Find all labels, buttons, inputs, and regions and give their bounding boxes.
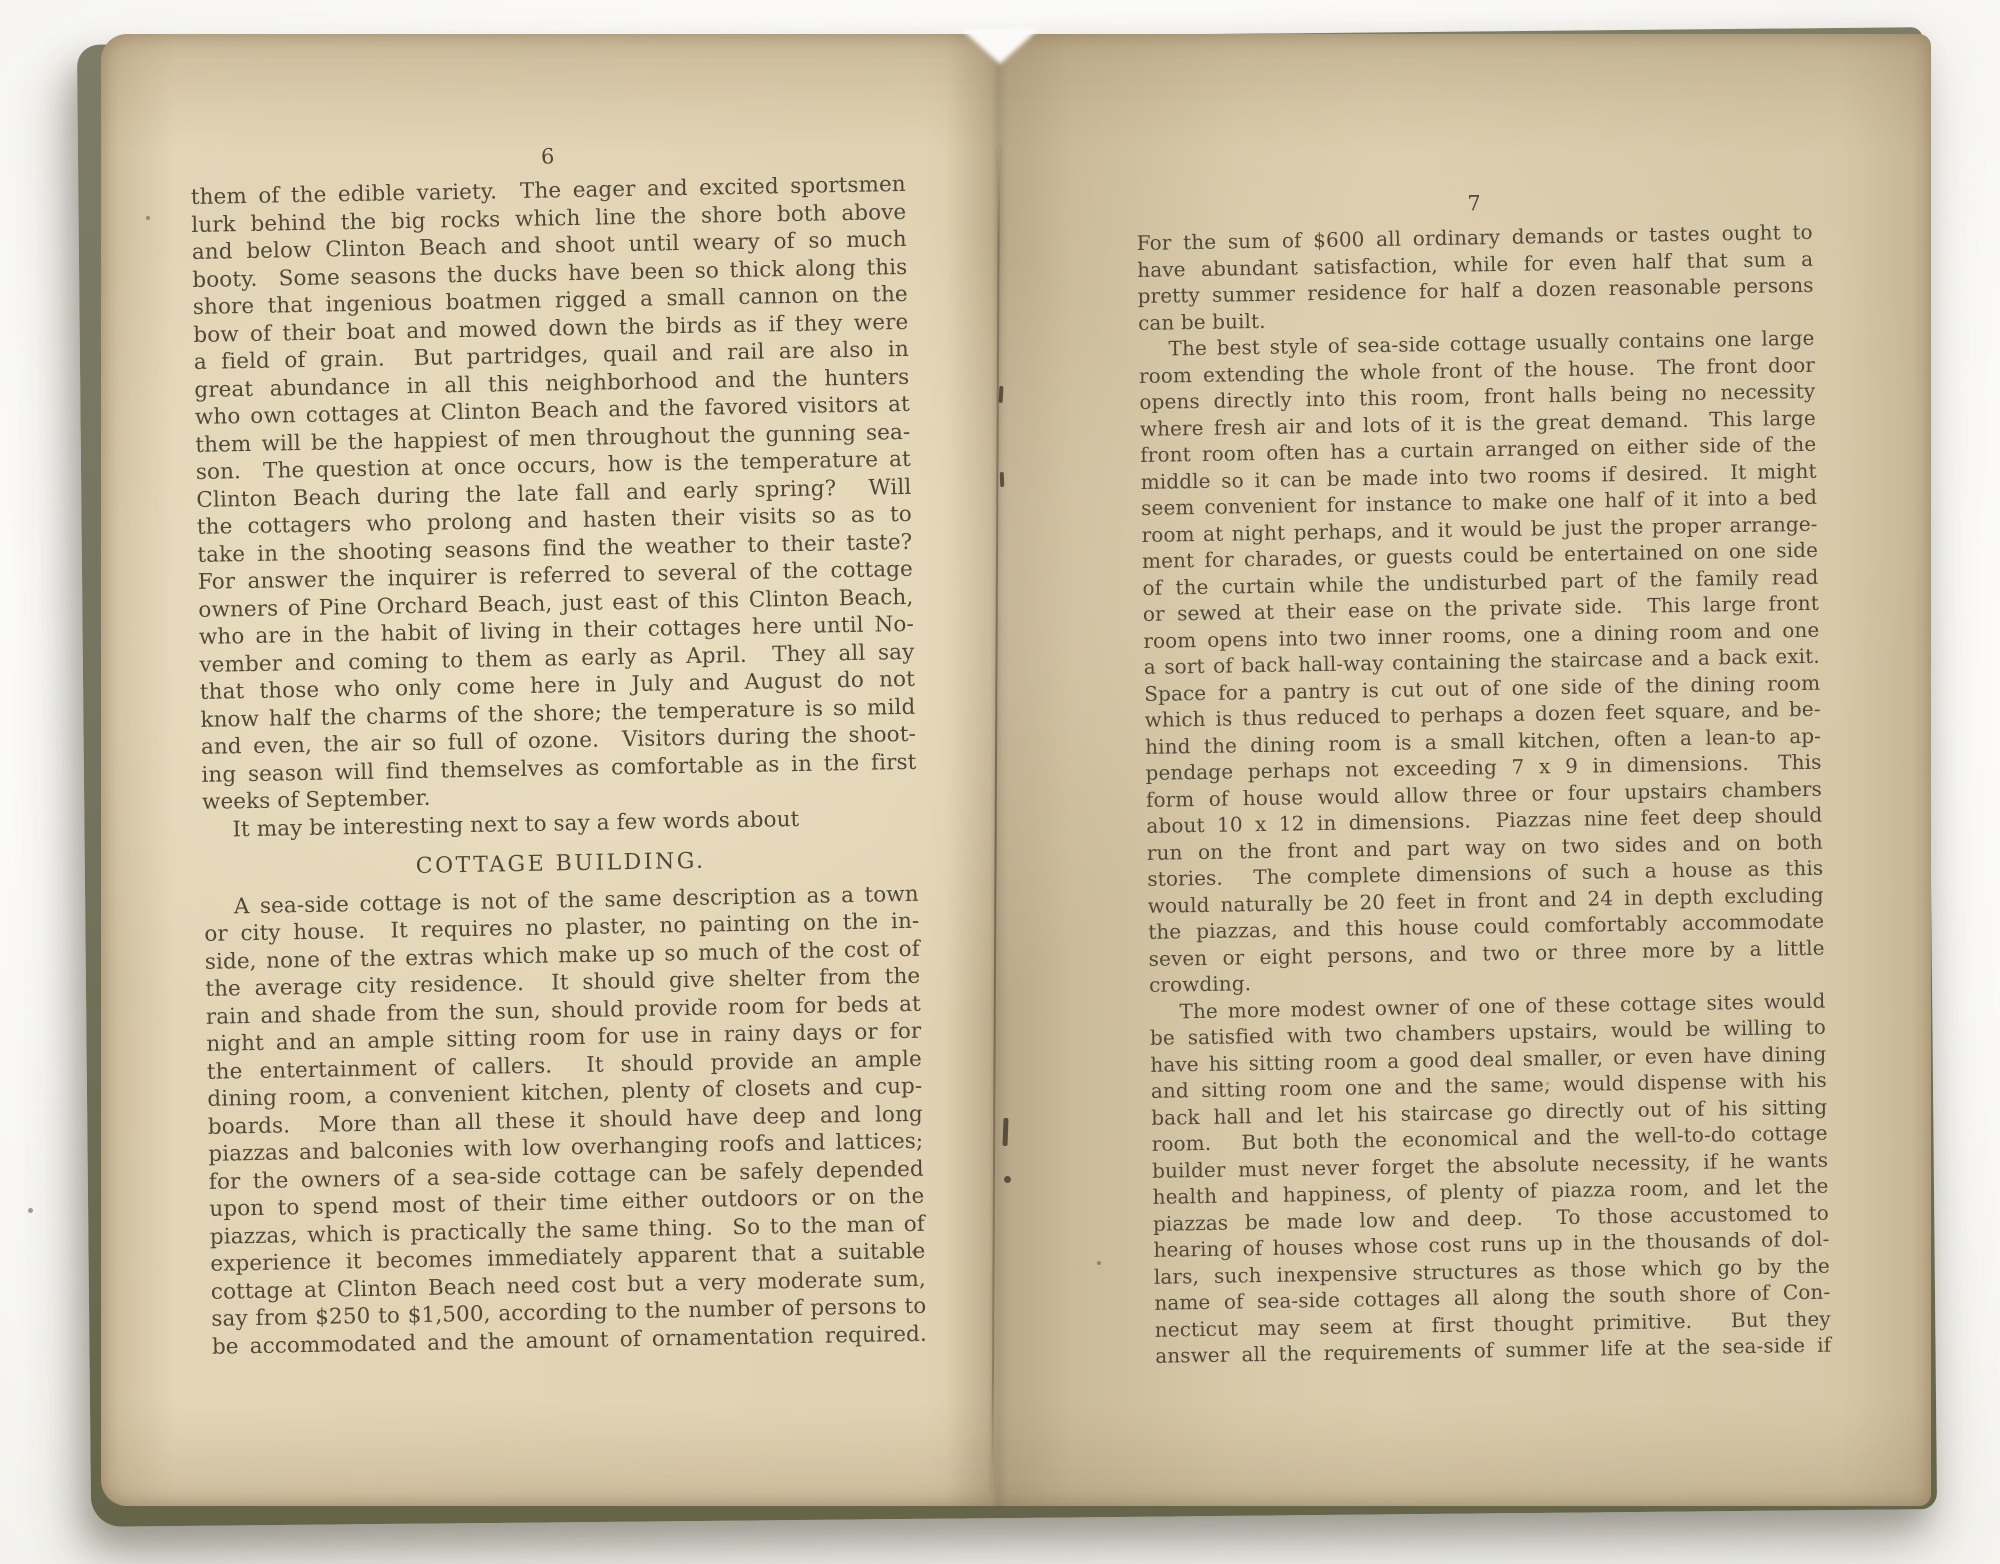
section-heading: COTTAGE BUILDING.	[203, 844, 918, 885]
photo-background: 6 them of the edible variety. The eager …	[0, 0, 2000, 1564]
staple-mark	[1004, 1176, 1011, 1183]
paper-speck	[1097, 1261, 1101, 1265]
staple-mark	[1003, 1118, 1009, 1146]
staple-mark	[1000, 472, 1005, 487]
left-page-text: them of the edible variety. The eager an…	[191, 171, 927, 1361]
page-fold-notch	[960, 28, 1040, 64]
paper-speck	[28, 1208, 33, 1213]
right-page-text: For the sum of $600 all ordinary demands…	[1137, 219, 1832, 1370]
right-page: 7 For the sum of $600 all ordinary deman…	[1136, 185, 1831, 1370]
paper-speck	[146, 216, 150, 220]
left-page: 6 them of the edible variety. The eager …	[190, 137, 927, 1361]
